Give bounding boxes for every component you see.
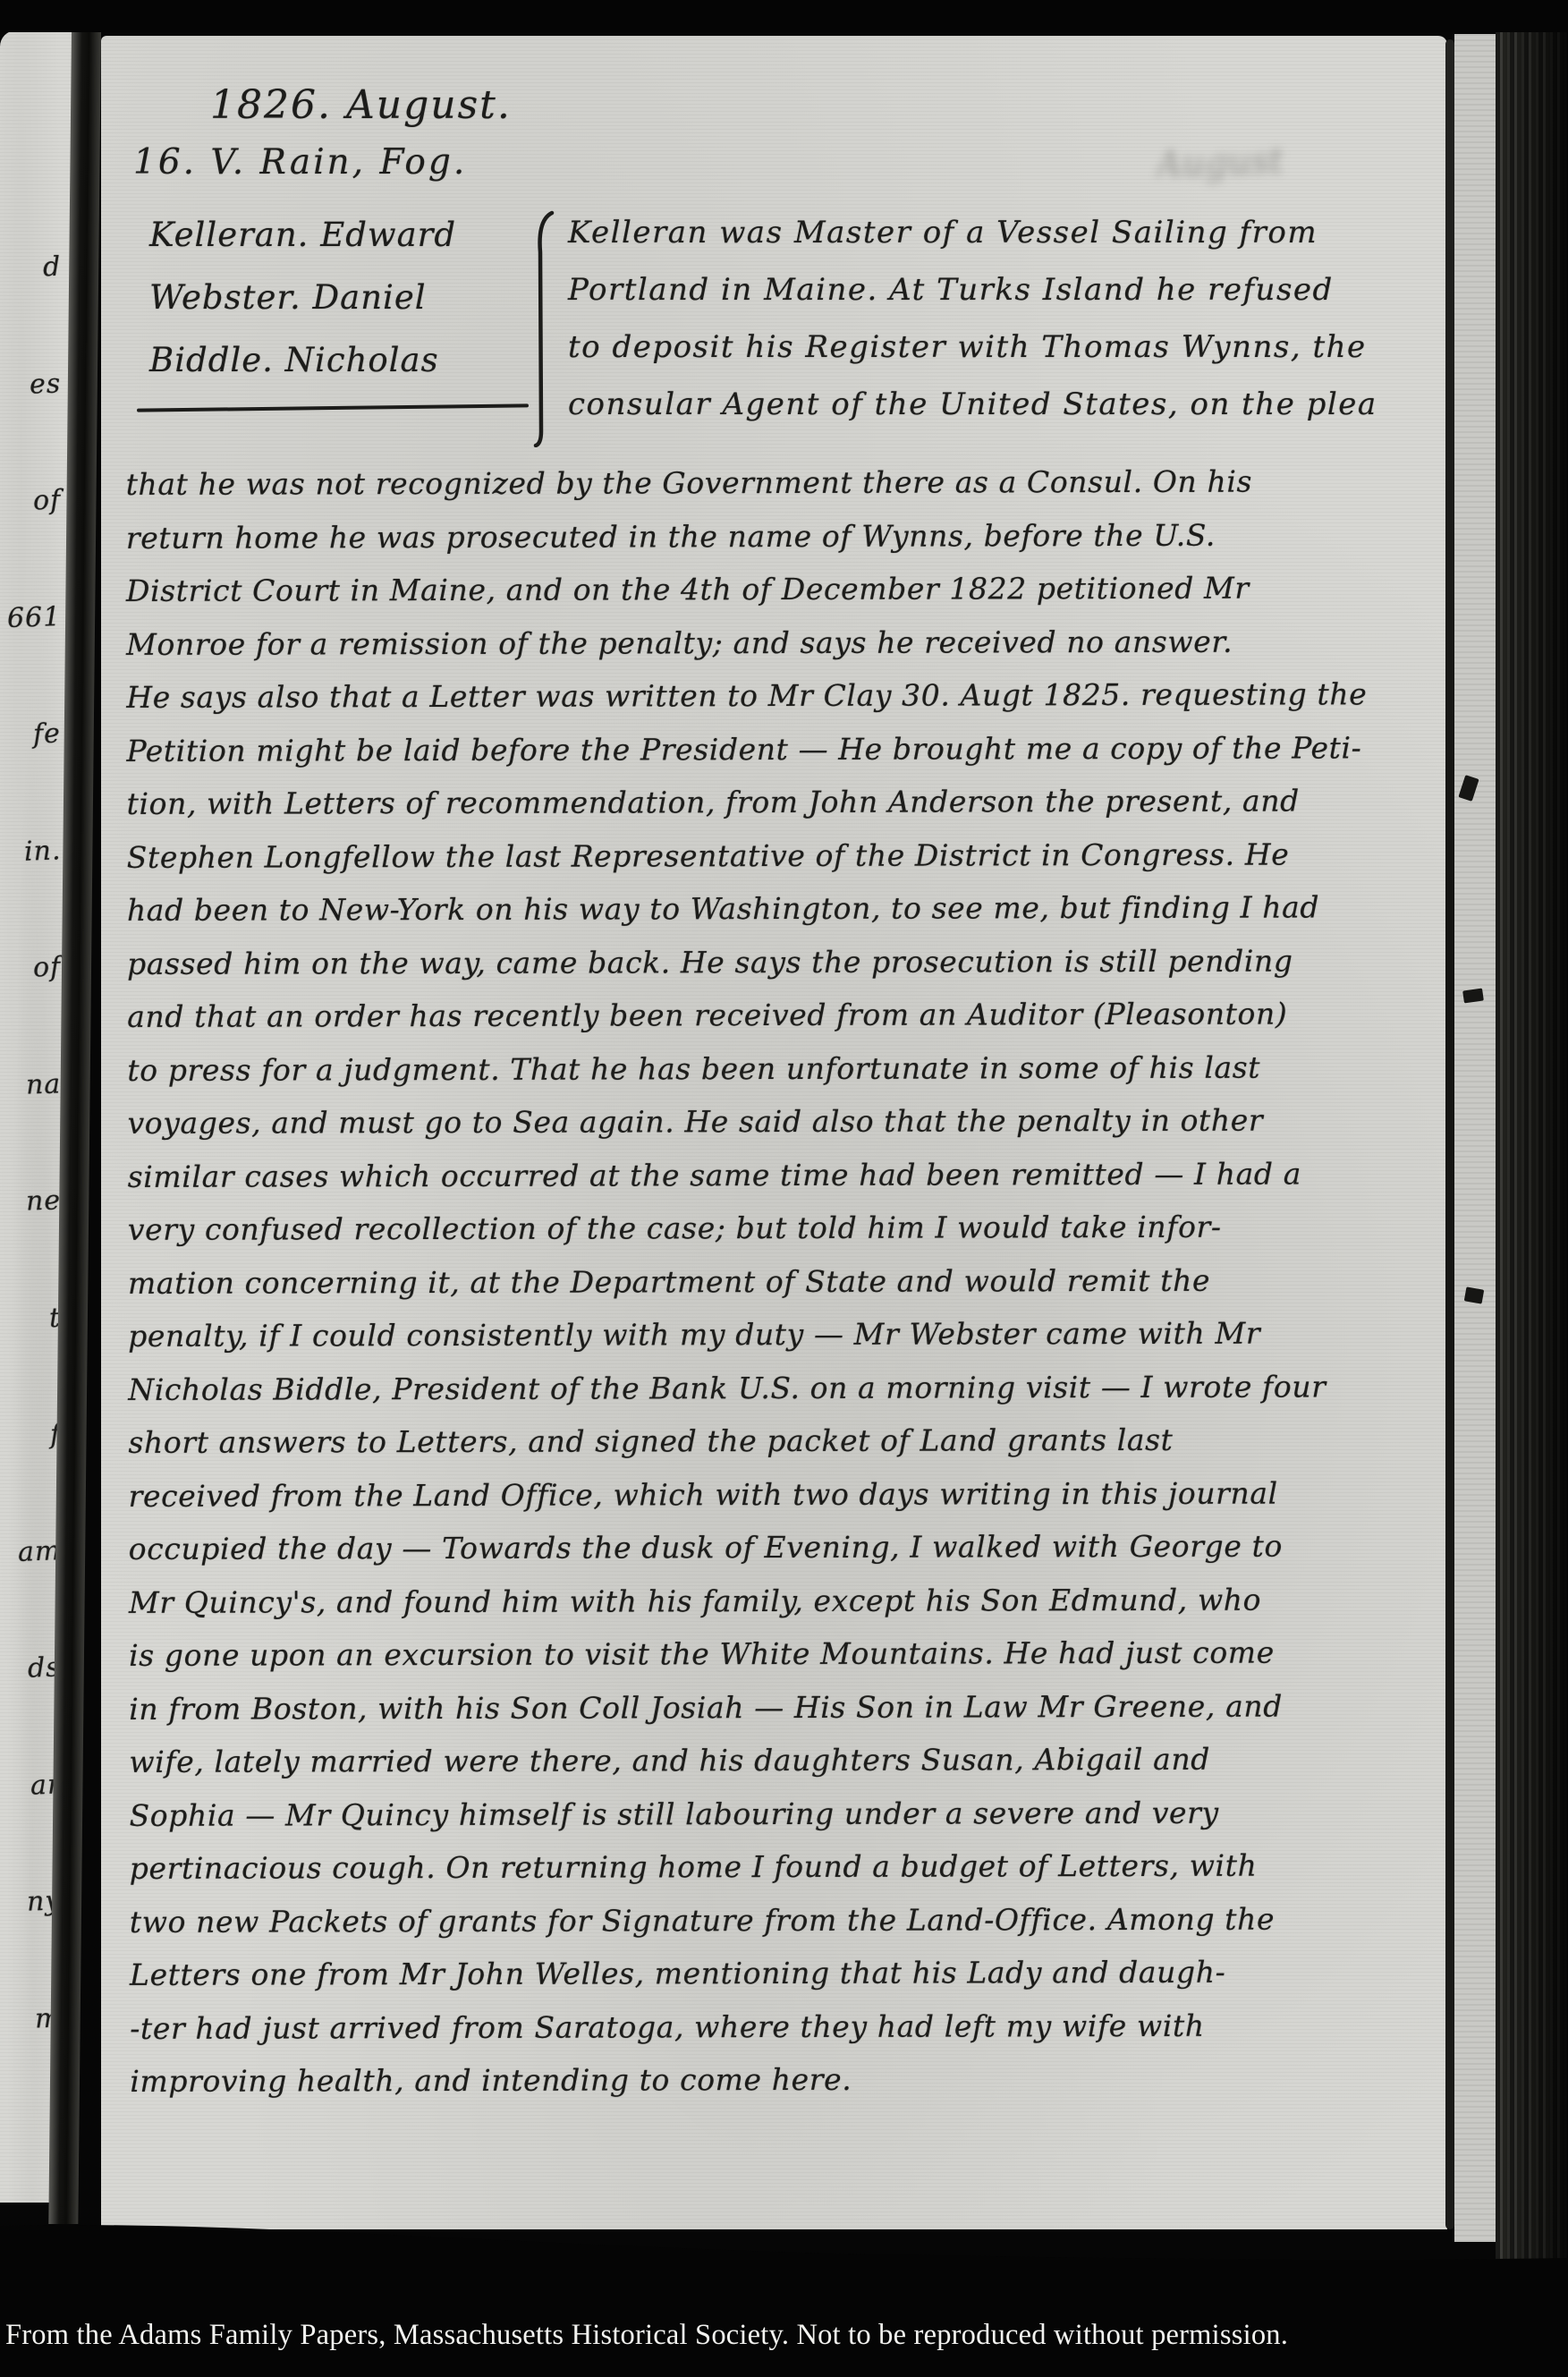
margin-name: Kelleran. Edward [149,204,532,267]
manuscript-line: District Court in Maine, and on the 4th … [126,561,1426,617]
manuscript-line: Stephen Longfellow the last Representati… [127,828,1427,884]
page-fragment: na [25,1071,61,1099]
manuscript-line: short answers to Letters, and signed the… [128,1413,1428,1469]
manuscript-line: Letters one from Mr John Welles, mention… [130,1945,1429,2001]
book-page-block-edge [1496,0,1568,2377]
page-fragment: of [32,487,61,514]
page-fragment: fe [33,720,62,748]
manuscript-line: voyages, and must go to Sea again. He sa… [127,1093,1427,1150]
manuscript-line: occupied the day — Towards the dusk of E… [129,1519,1428,1575]
entry-body-text: that he was not recognized by the Govern… [126,454,1430,2108]
stray-ink-mark [1462,989,1484,1004]
manuscript-line: to press for a judgment. That he has bee… [127,1040,1427,1097]
manuscript-line: mation concerning it, at the Department … [128,1253,1428,1310]
manuscript-line: Portland in Maine. At Turks Island he re… [568,261,1428,318]
manuscript-line: -ter had just arrived from Saratoga, whe… [130,1999,1429,2055]
manuscript-line: received from the Land Office, which wit… [129,1466,1428,1523]
manuscript-line: tion, with Letters of recommendation, fr… [127,774,1427,830]
manuscript-line: that he was not recognized by the Govern… [126,454,1426,511]
page-fragment: in. [23,837,61,865]
manuscript-line: similar cases which occurred at the same… [128,1147,1428,1203]
names-bracket [532,208,555,451]
margin-names-block: Kelleran. Edward Webster. Daniel Biddle.… [128,204,532,447]
manuscript-line: return home he was prosecuted in the nam… [126,508,1426,565]
scan-top-margin [0,0,1568,32]
manuscript-line: is gone upon an excursion to visit the W… [129,1626,1428,1682]
page-fragment: of [32,954,61,981]
margin-name: Webster. Daniel [149,267,532,329]
manuscript-line: passed him on the way, came back. He say… [127,934,1427,990]
manuscript-scan: d es of 661 fe in. of na ne t f am ds ar… [0,0,1568,2377]
bracket-stroke [532,208,555,447]
page-fragment: 661 [6,603,61,632]
manuscript-line: had been to New-York on his way to Washi… [127,880,1427,937]
page-edge-line [1445,39,1454,2229]
manuscript-line: two new Packets of grants for Signature … [130,1892,1429,1948]
manuscript-line: Petition might be laid before the Presid… [126,721,1426,777]
next-page-sliver [1454,34,1496,2242]
stray-ink-mark [1464,1286,1484,1303]
manuscript-line: Nicholas Biddle, President of the Bank U… [128,1360,1428,1416]
stray-ink-mark [1458,775,1479,802]
manuscript-line: pertinacious cough. On returning home I … [130,1838,1429,1895]
manuscript-line: improving health, and intending to come … [130,2051,1429,2108]
entry-head-row: Kelleran. Edward Webster. Daniel Biddle.… [128,204,1428,447]
page-fragment: d [42,254,61,282]
manuscript-line: very confused recollection of the case; … [128,1200,1428,1256]
names-underline-rule [137,403,529,412]
manuscript-line: wife, lately married were there, and his… [129,1732,1428,1788]
ink-bleed-ghost: August [1155,138,1345,225]
manuscript-line: Mr Quincy's, and found him with his fami… [129,1573,1428,1629]
manuscript-line: penalty, if I could consistently with my… [128,1306,1428,1363]
margin-name: Biddle. Nicholas [149,329,532,392]
manuscript-line: He says also that a Letter was written t… [126,667,1426,724]
manuscript-line: to deposit his Register with Thomas Wynn… [568,318,1428,376]
page-fragment: es [29,370,61,398]
manuscript-line: Monroe for a remission of the penalty; a… [126,615,1426,671]
page-fragment: ne [25,1187,61,1215]
manuscript-line: and that an order has recently been rece… [127,987,1427,1043]
manuscript-line: Sophia — Mr Quincy himself is still labo… [129,1786,1428,1842]
manuscript-line: in from Boston, with his Son Coll Josiah… [129,1679,1428,1736]
entry-opening-text: Kelleran was Master of a Vessel Sailing … [555,204,1428,447]
manuscript-line: consular Agent of the United States, on … [568,376,1428,433]
manuscript-page: August 1826. August. 16. V. Rain, Fog. K… [101,36,1447,2229]
archive-caption: From the Adams Family Papers, Massachuse… [5,2319,1562,2352]
date-heading: 1826. August. [210,82,1428,128]
